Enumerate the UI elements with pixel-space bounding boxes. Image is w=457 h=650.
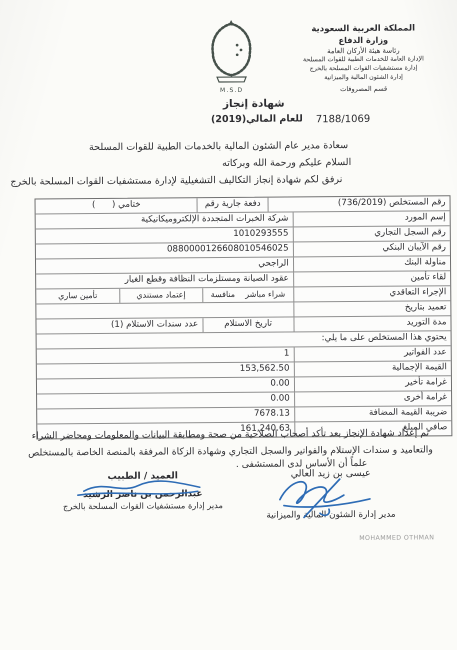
row-label: مناولة البنك bbox=[293, 256, 450, 271]
procurement-method-cell: شراء مباشر منافسة bbox=[202, 287, 293, 302]
signature-block-finance-director: عيسى بن زيد العالي مدير إدارة الشئون الم… bbox=[250, 468, 412, 521]
row-value: 7678.13 bbox=[37, 407, 294, 423]
row-value: الراجحي bbox=[36, 257, 293, 273]
insurance-cell: تأمين ساري bbox=[36, 289, 119, 304]
emblem-caption: M.S.D bbox=[199, 87, 265, 95]
row-label: إسم المورد bbox=[292, 211, 449, 226]
row-value: 1 bbox=[37, 347, 294, 363]
current-payment-cell: دفعة جارية رقم bbox=[197, 198, 267, 213]
row-label: عدد الفواتير bbox=[293, 346, 450, 361]
scan-content: M.S.D المملكة العربية السعودية وزارة الد… bbox=[0, 0, 457, 650]
row-label: غرامة أخرى bbox=[294, 391, 451, 406]
row-value: 153,562.50 bbox=[37, 362, 294, 378]
crescent-emblem-icon bbox=[202, 19, 261, 83]
row-value: شركة الخبرات المتجددة الإلكتروميكانيكية bbox=[36, 212, 293, 228]
row-label: لقاء تأمين bbox=[293, 271, 450, 286]
letterhead-finance-dept: إدارة الشئون المالية والميزانية bbox=[278, 73, 450, 83]
signature-scribble-icon bbox=[76, 478, 206, 499]
row-label: القيمة الإجمالية bbox=[293, 361, 450, 376]
letterhead-expenses-section: قسم المصروفات bbox=[278, 84, 450, 95]
final-payment-cell: ختامي ( ) bbox=[36, 198, 198, 213]
row-value: 0.00 bbox=[37, 392, 294, 408]
row-label: رقم الآيبان البنكي bbox=[293, 241, 450, 256]
certification-note: تم إعداد شهادة الإنجاز بعد تأكد أصحاب ال… bbox=[15, 425, 445, 461]
reference-number: 7188/1069 bbox=[316, 114, 370, 125]
receipt-vouchers-cell: عدد سندات الاستلام (1) bbox=[36, 318, 202, 333]
row-label: تعميد بتاريخ bbox=[293, 301, 450, 316]
ministry-emblem: M.S.D bbox=[198, 19, 265, 95]
row-value bbox=[36, 302, 293, 318]
digital-signer-watermark: MOHAMMED OTHMAN bbox=[359, 534, 434, 542]
scanned-document-page: M.S.D المملكة العربية السعودية وزارة الد… bbox=[0, 0, 457, 650]
row-value: 0880000126608010546025 bbox=[36, 242, 293, 258]
row-label: غرامة تأخير bbox=[294, 376, 451, 391]
signature-block-hospitals-director: العميد / الطبيب عبدالرحمن بن ناصر الرشيد… bbox=[54, 470, 232, 511]
letterhead: المملكة العربية السعودية وزارة الدفاع رئ… bbox=[277, 22, 450, 94]
row-label: مدة التوريد bbox=[293, 316, 450, 331]
statement-number-cell: رقم المستخلص (736/2019) bbox=[267, 196, 449, 211]
row-label: رقم السجل التجاري bbox=[292, 226, 449, 241]
document-title: شهادة إنجاز bbox=[154, 97, 354, 111]
row-value: عقود الصيانة ومستلزمات النظافة وقطع الغي… bbox=[36, 272, 293, 288]
salutation-block: سعادة مدير عام الشئون المالية بالخدمات ا… bbox=[9, 137, 348, 191]
receipt-date-cell: تاريخ الاستلام bbox=[202, 317, 293, 332]
letter-of-credit-cell: إعتماد مستندي bbox=[119, 288, 202, 303]
row-label: ضريبة القيمة المضافة bbox=[294, 406, 451, 421]
cost-details-table: رقم المستخلص (736/2019)دفعة جارية رقمختا… bbox=[35, 195, 453, 439]
row-label: الإجراء التعاقدي bbox=[293, 286, 450, 301]
signer-title: مدير إدارة مستشفيات القوات المسلحة بالخر… bbox=[54, 500, 232, 511]
signature-scribble-icon bbox=[274, 475, 386, 522]
row-value: 0.00 bbox=[37, 377, 294, 393]
attachment-line: نرفق لكم شهادة إنجاز التكاليف التشغيلية … bbox=[9, 171, 342, 191]
row-value: 1010293555 bbox=[36, 227, 293, 243]
